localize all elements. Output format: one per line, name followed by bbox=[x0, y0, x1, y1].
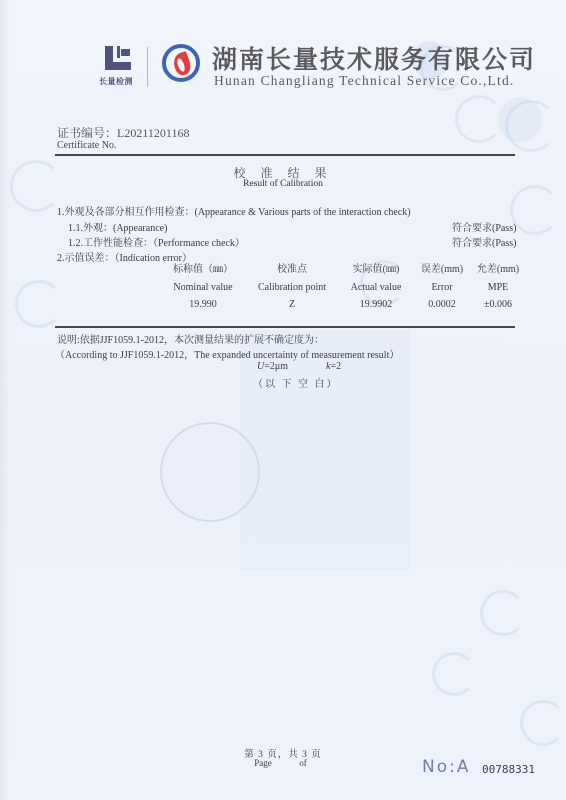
uncertainty-value: U=2μm bbox=[257, 361, 288, 372]
check-item-performance: 1.2.工作性能检查：（Performance check） bbox=[68, 234, 245, 249]
cell-nominal: 19.990 bbox=[160, 299, 246, 310]
col-header-mpe: 允差(mm) MPE bbox=[468, 260, 528, 293]
watermark-swirl bbox=[505, 100, 557, 152]
col-header-cn: 误差(mm) bbox=[412, 260, 472, 275]
watermark-swirl bbox=[15, 280, 63, 328]
cell-error: 0.0002 bbox=[412, 299, 472, 310]
col-header-calibration-point: 校准点 Calibration point bbox=[242, 260, 342, 293]
watermark-swirl bbox=[480, 590, 526, 636]
col-header-cn: 标称值（㎜） bbox=[160, 260, 246, 275]
cell-mpe: ±0.006 bbox=[468, 299, 528, 310]
certificate-number-label-en: Certificate No. bbox=[57, 140, 116, 151]
check-section-1: 1.外观及各部分相互作用检查：(Appearance & Various par… bbox=[57, 203, 411, 218]
company-name-cn: 湖南长量技术服务有限公司 bbox=[212, 40, 536, 76]
page-label: Page bbox=[243, 758, 283, 768]
col-header-en: Nominal value bbox=[160, 282, 246, 293]
certificate-number-label: 证书编号： bbox=[57, 126, 117, 140]
uncertainty-note-en: （According to JJF1059.1-2012，The expande… bbox=[55, 346, 399, 361]
divider-middle bbox=[55, 326, 515, 328]
watermark-swirl bbox=[520, 700, 566, 746]
divider-top bbox=[55, 154, 515, 156]
certificate-number: 证书编号：L20211201168 bbox=[57, 124, 189, 141]
col-header-en: Error bbox=[412, 282, 472, 293]
header-divider bbox=[147, 47, 148, 87]
changliang-logo-icon bbox=[105, 46, 133, 70]
check-result-performance: 符合要求(Pass) bbox=[452, 234, 516, 249]
col-header-cn: 校准点 bbox=[242, 260, 342, 275]
col-header-actual: 实际值(㎜) Actual value bbox=[336, 260, 416, 293]
serial-number: 00788331 bbox=[482, 763, 535, 776]
logo-text: 长量检测 bbox=[99, 76, 133, 87]
u-value: =2μm bbox=[264, 361, 288, 372]
result-title-en: Result of Calibration bbox=[0, 179, 566, 189]
watermark-swirl bbox=[455, 95, 503, 143]
embossed-seal bbox=[160, 422, 260, 522]
coverage-factor: k=2 bbox=[326, 361, 341, 372]
of-label: of bbox=[283, 758, 323, 768]
col-header-cn: 实际值(㎜) bbox=[336, 260, 416, 275]
k-value: =2 bbox=[330, 361, 341, 372]
col-header-nominal: 标称值（㎜） Nominal value bbox=[160, 260, 246, 293]
cell-actual: 19.9902 bbox=[336, 299, 416, 310]
col-header-en: MPE bbox=[468, 282, 528, 293]
check-result-appearance: 符合要求(Pass) bbox=[452, 219, 516, 234]
uncertainty-note-cn: 说明:依据JJF1059.1-2012，本次测量结果的扩展不确定度为： bbox=[57, 331, 324, 346]
flame-emblem-icon bbox=[162, 44, 200, 82]
page-edge-shadow bbox=[0, 0, 10, 800]
blank-below-marker: （以 下 空 白） bbox=[253, 375, 339, 390]
check-item-appearance: 1.1.外观：(Appearance) bbox=[68, 219, 167, 234]
company-name-en: Hunan Changliang Technical Service Co.,L… bbox=[214, 73, 514, 89]
col-header-en: Calibration point bbox=[242, 282, 342, 293]
serial-prefix: No:A bbox=[422, 757, 470, 777]
watermark-swirl bbox=[510, 185, 560, 235]
col-header-error: 误差(mm) Error bbox=[412, 260, 472, 293]
certificate-number-value: L20211201168 bbox=[117, 126, 189, 140]
certificate-page: 长量检测 湖南长量技术服务有限公司 Hunan Changliang Techn… bbox=[0, 0, 566, 800]
col-header-en: Actual value bbox=[336, 282, 416, 293]
watermark-swirl bbox=[432, 652, 476, 696]
col-header-cn: 允差(mm) bbox=[468, 260, 528, 275]
cell-calibration-point: Z bbox=[242, 299, 342, 310]
